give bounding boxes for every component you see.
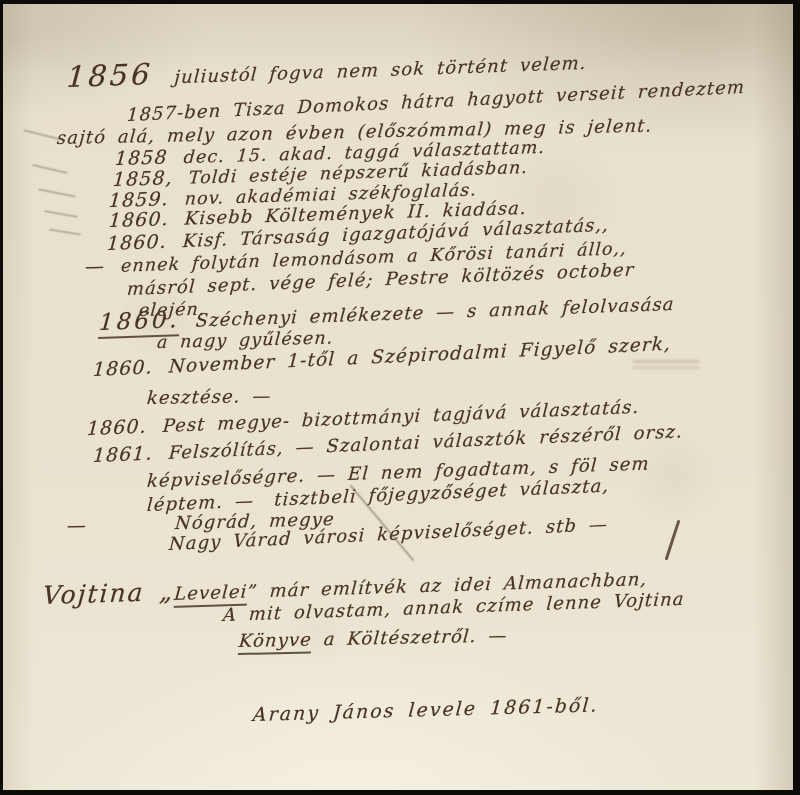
underlined-word: Könyve [238, 629, 313, 655]
year-label: — [66, 514, 88, 537]
line-text: Arany János levele 1861-ből. [252, 694, 599, 726]
year-label: 1860. [86, 416, 147, 440]
pencil-mark [44, 210, 78, 218]
line-text: Vojtina „ [42, 577, 176, 610]
ink-slash-mark [665, 520, 680, 561]
year-label: — [84, 255, 106, 278]
manuscript-line: 1856juliustól fogva nem sok történt vele… [66, 42, 588, 94]
manuscript-line: Arany János levele 1861-ből. [252, 694, 599, 726]
line-text: a Költészetről. — [311, 625, 508, 650]
manuscript-line: Könyve a Költészetről. — [238, 625, 508, 652]
year-label: 1860. [106, 231, 167, 255]
faint-stamp [633, 360, 699, 371]
pencil-mark [49, 229, 81, 236]
year-label: 1861. [92, 442, 153, 467]
line-text: kesztése. — [146, 386, 272, 409]
line-text: Széchenyi emlékezete — s annak felolvasá… [195, 294, 675, 332]
pencil-mark [32, 164, 68, 174]
year-label: 1860. [108, 208, 169, 232]
pencil-mark [38, 188, 76, 197]
year-label: 1860. [92, 356, 153, 381]
line-text: juliustól fogva nem sok történt velem. [174, 53, 588, 88]
manuscript-line: kesztése. — [146, 386, 272, 409]
year-label: 1856 [66, 57, 154, 94]
photo-frame: 1856juliustól fogva nem sok történt vele… [0, 0, 800, 795]
manuscript-page: 1856juliustól fogva nem sok történt vele… [3, 4, 793, 790]
